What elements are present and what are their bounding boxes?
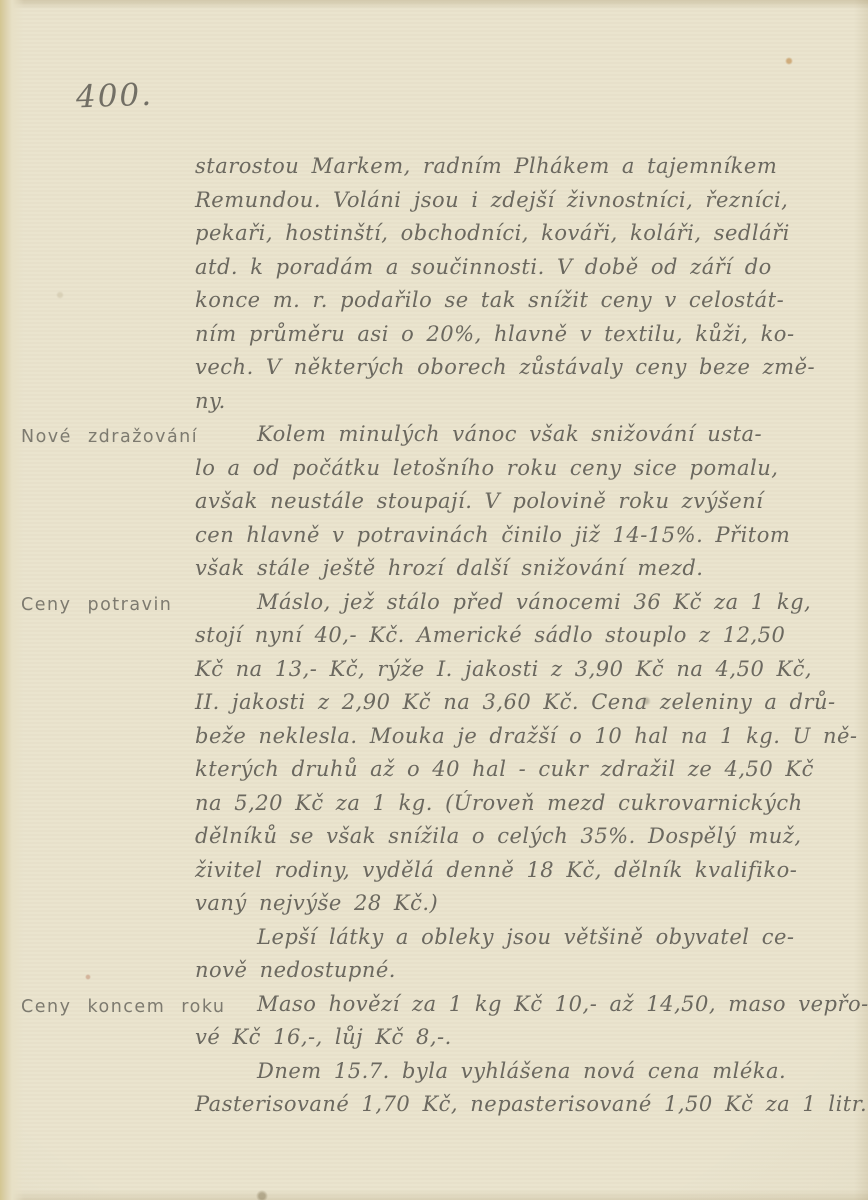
- text-line: beže neklesla. Mouka je dražší o 10 hal …: [195, 720, 823, 754]
- text-line: Kč na 13,- Kč, rýže I. jakosti z 3,90 Kč…: [195, 653, 823, 687]
- paragraph: Lepší látky a obleky jsou většině obyvat…: [195, 921, 823, 988]
- text-line: cen hlavně v potravinách činilo již 14-1…: [195, 519, 823, 553]
- text-line: Pasterisované 1,70 Kč, nepasterisované 1…: [195, 1088, 823, 1122]
- paragraph: Ceny potravin Máslo, jež stálo před váno…: [195, 586, 823, 921]
- text-line: II. jakosti z 2,90 Kč na 3,60 Kč. Cena z…: [195, 686, 823, 720]
- text-line: pekaři, hostinští, obchodníci, kováři, k…: [195, 217, 823, 251]
- paragraph: Nové zdražování Kolem minulých vánoc vša…: [195, 418, 823, 586]
- paragraph-lines: Lepší látky a obleky jsou většině obyvat…: [195, 921, 823, 988]
- margin-note-label: Ceny potravin: [21, 589, 172, 623]
- text-line: kterých druhů až o 40 hal - cukr zdražil…: [195, 753, 823, 787]
- paragraph: Dnem 15.7. byla vyhlášena nová cena mlék…: [195, 1055, 823, 1122]
- text-line: dělníků se však snížila o celých 35%. Do…: [195, 820, 823, 854]
- text-line: vaný nejvýše 28 Kč.): [195, 887, 823, 921]
- text-line: vé Kč 16,-, lůj Kč 8,-.: [195, 1021, 823, 1055]
- text-line: stojí nyní 40,- Kč. Americké sádlo stoup…: [195, 619, 823, 653]
- page-body: starostou Markem, radním Plhákem a tajem…: [195, 150, 823, 1122]
- text-line: ním průměru asi o 20%, hlavně v textilu,…: [195, 318, 823, 352]
- document-page: 400. starostou Markem, radním Plhákem a …: [0, 0, 868, 1200]
- text-line: však stále ještě hrozí další snižování m…: [195, 552, 823, 586]
- text-line: vech. V některých oborech zůstávaly ceny…: [195, 351, 823, 385]
- paragraph-lines: Maso hovězí za 1 kg Kč 10,- až 14,50, ma…: [195, 988, 823, 1055]
- paragraph-lines: Kolem minulých vánoc však snižování usta…: [195, 418, 823, 586]
- text-line: avšak neustále stoupají. V polovině roku…: [195, 485, 823, 519]
- paragraph: starostou Markem, radním Plhákem a tajem…: [195, 150, 823, 418]
- text-line: atd. k poradám a součinnosti. V době od …: [195, 251, 823, 285]
- text-line: Dnem 15.7. byla vyhlášena nová cena mlék…: [195, 1055, 823, 1089]
- text-line: Remundou. Voláni jsou i zdejší živnostní…: [195, 184, 823, 218]
- text-line: nově nedostupné.: [195, 954, 823, 988]
- text-line: živitel rodiny, vydělá denně 18 Kč, děln…: [195, 854, 823, 888]
- text-line: Lepší látky a obleky jsou většině obyvat…: [195, 921, 823, 955]
- text-line: konce m. r. podařilo se tak snížit ceny …: [195, 284, 823, 318]
- text-line: Maso hovězí za 1 kg Kč 10,- až 14,50, ma…: [195, 988, 823, 1022]
- text-line: ny.: [195, 385, 823, 419]
- margin-note-label: Ceny koncem roku: [21, 991, 226, 1025]
- margin-note-label: Nové zdražování: [21, 421, 198, 455]
- paragraph-lines: Máslo, jež stálo před vánocemi 36 Kč za …: [195, 586, 823, 921]
- page-number: 400.: [75, 77, 153, 116]
- text-line: na 5,20 Kč za 1 kg. (Úroveň mezd cukrova…: [195, 787, 823, 821]
- paragraph-lines: Dnem 15.7. byla vyhlášena nová cena mlék…: [195, 1055, 823, 1122]
- paragraph-lines: starostou Markem, radním Plhákem a tajem…: [195, 150, 823, 418]
- text-line: starostou Markem, radním Plhákem a tajem…: [195, 150, 823, 184]
- text-line: Máslo, jež stálo před vánocemi 36 Kč za …: [195, 586, 823, 620]
- text-line: Kolem minulých vánoc však snižování usta…: [195, 418, 823, 452]
- text-line: lo a od počátku letošního roku ceny sice…: [195, 452, 823, 486]
- paragraph: Ceny koncem roku Maso hovězí za 1 kg Kč …: [195, 988, 823, 1055]
